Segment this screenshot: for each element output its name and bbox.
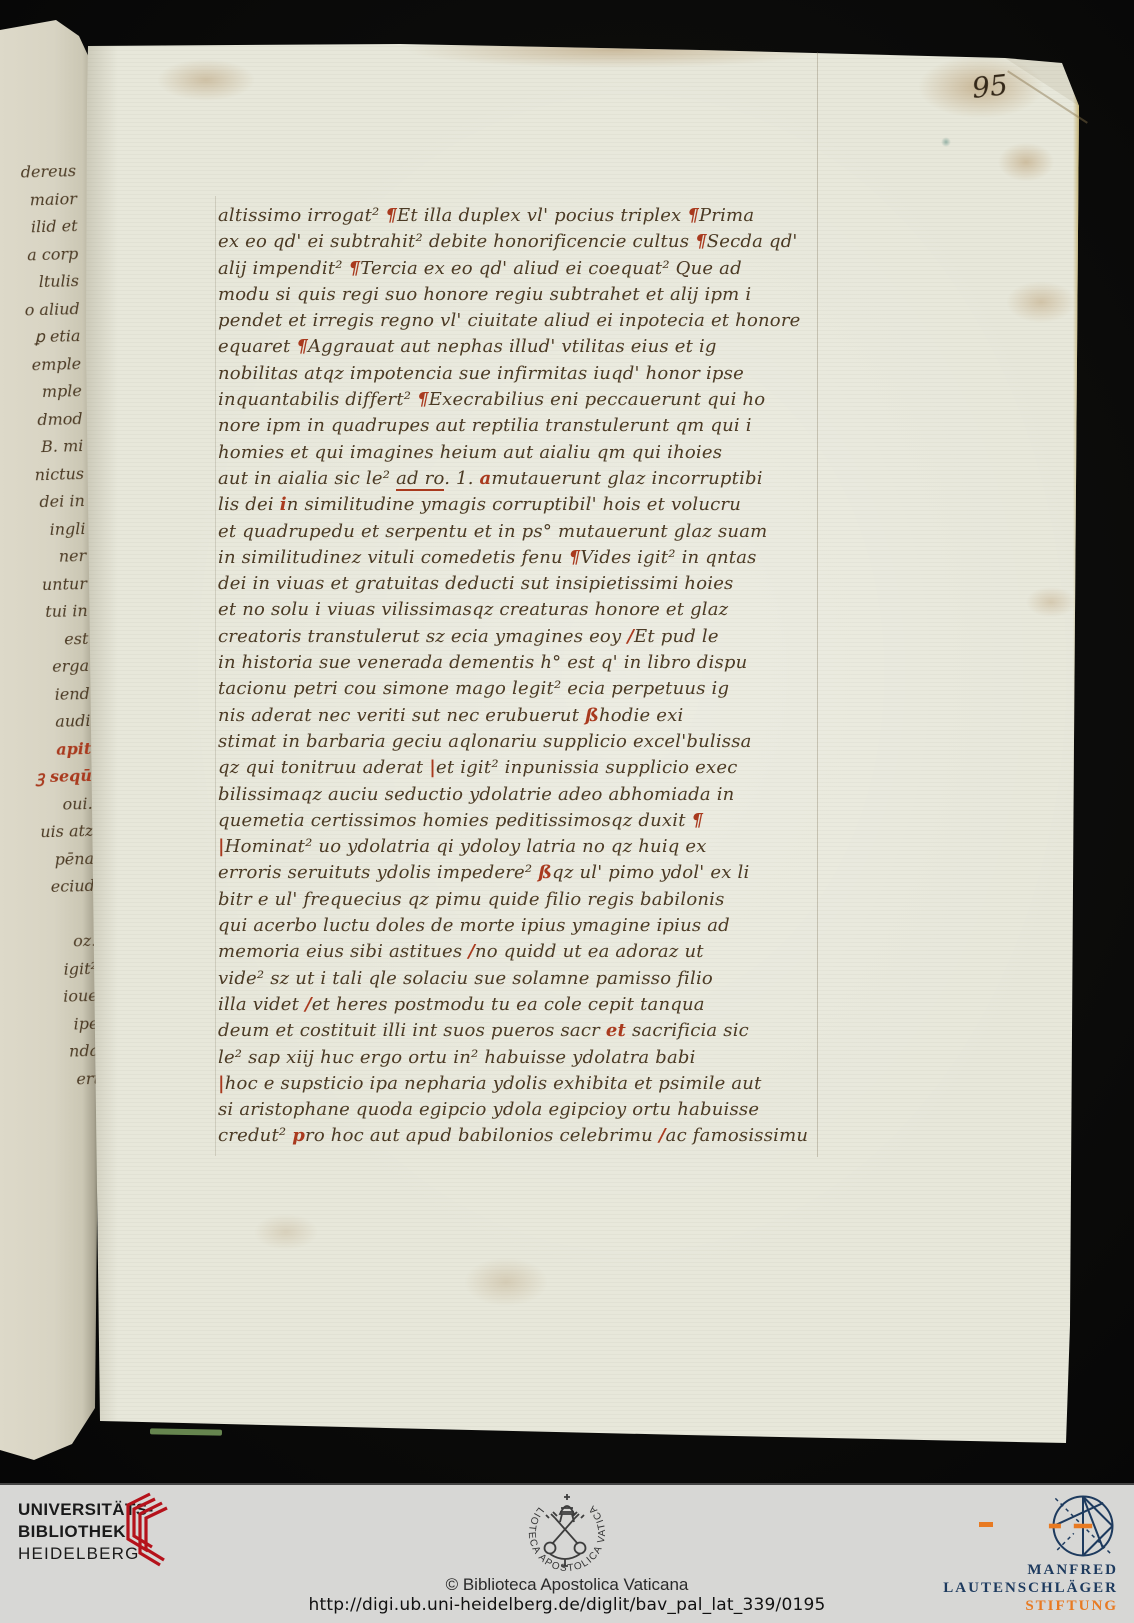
- margin-fragment: a corp: [0, 240, 79, 270]
- svg-text:BIBLIOTECA APOSTOLICA VATICANA: BIBLIOTECA APOSTOLICA VATICANA: [497, 1488, 608, 1574]
- manuscript-line: alij impendit² ¶Tercia ex eo qd' aliud e…: [218, 256, 818, 282]
- margin-fragment: pēna: [6, 844, 95, 874]
- manuscript-line: illa videt /et heres postmodu tu ea cole…: [218, 992, 818, 1018]
- digitized-scan-stage: dereusmaiorilid eta corpltuliso aliudꝑ e…: [0, 0, 1134, 1623]
- margin-fragment: oui.: [4, 789, 93, 819]
- margin-fragment: [7, 899, 96, 929]
- manuscript-line: stimat in barbaria geciu aqlonariu suppl…: [218, 729, 818, 755]
- footer-bar: UNIVERSITÄTS- BIBLIOTHEK HEIDELBERG BIBL…: [0, 1483, 1134, 1623]
- margin-fragment: est: [0, 624, 89, 654]
- margin-fragment: maior: [0, 185, 77, 215]
- lautenschlaeger-globe-icon: [1048, 1491, 1118, 1561]
- foundation-orange-dash: [979, 1522, 993, 1527]
- manuscript-line: altissimo irrogat² ¶Et illa duplex vl' p…: [218, 203, 818, 229]
- margin-fragment: mple: [0, 377, 82, 407]
- margin-fragment: ioue: [9, 982, 98, 1012]
- margin-fragment: ilid et: [0, 212, 78, 242]
- ub-heidelberg-books-icon: [112, 1491, 170, 1569]
- manuscript-line: qz qui tonitruu aderat |et igit² inpunis…: [218, 755, 818, 781]
- margin-fragment: tui in: [0, 597, 88, 627]
- manuscript-line: vide² sz ut i tali qle solaciu sue solam…: [218, 966, 818, 992]
- manuscript-line: creatoris transtulerut sz ecia ymagines …: [218, 624, 818, 650]
- margin-fragment: ꝫ seqū: [4, 762, 93, 792]
- manuscript-line: in similitudinez vituli comedetis fenu ¶…: [218, 545, 818, 571]
- manuscript-line: memoria eius sibi astitues /no quidd ut …: [218, 939, 818, 965]
- margin-fragment: audi: [2, 707, 91, 737]
- manuscript-line: le² sap xiij huc ergo ortu in² habuisse …: [218, 1045, 818, 1071]
- manuscript-line: nore ipm in quadrupes aut reptilia trans…: [218, 413, 818, 439]
- margin-fragment: untur: [0, 569, 87, 599]
- margin-fragment: ner: [0, 542, 87, 572]
- manuscript-line: lis dei in similitudine ymagis corruptib…: [218, 492, 818, 518]
- manuscript-line: nobilitas atqz impotencia sue infirmitas…: [218, 361, 818, 387]
- margin-fragment: dereus: [0, 157, 76, 187]
- manuscript-line: in historia sue venerada dementis h° est…: [218, 650, 818, 676]
- foundation-line2: LAUTENSCHLÄGER: [943, 1579, 1118, 1597]
- margin-fragment: igit²: [9, 954, 98, 984]
- margin-fragment: ipe: [10, 1009, 99, 1039]
- margin-fragment: uis atz: [5, 817, 94, 847]
- foundation-line3: STIFTUNG: [943, 1597, 1118, 1615]
- margin-fragment: emple: [0, 350, 82, 380]
- manuscript-line: |hoc e supsticio ipa nepharia ydolis exh…: [218, 1071, 818, 1097]
- manuscript-line: dei in viuas et gratuitas deducti sut in…: [218, 571, 818, 597]
- manuscript-line: quemetia certissimos homies peditissimos…: [218, 808, 818, 834]
- lautenschlaeger-wordmark: MANFRED LAUTENSCHLÄGER STIFTUNG: [943, 1561, 1118, 1615]
- margin-fragment: nictus: [0, 460, 84, 490]
- manuscript-line: erroris seruituts ydolis impedere² ßqz u…: [218, 860, 818, 886]
- manuscript-line: qui acerbo luctu doles de morte ipius ym…: [218, 913, 818, 939]
- margin-fragment: ert: [12, 1064, 101, 1094]
- margin-fragment: apit: [3, 734, 92, 764]
- manuscript-line: aut in aialia sic le² ad ro. 1. amutauer…: [218, 466, 818, 492]
- bookmark-ribbon-sliver: [150, 1428, 222, 1435]
- margin-fragment: nda: [11, 1037, 100, 1067]
- crossed-keys-tiara-emblem: [545, 1494, 586, 1566]
- margin-fragment: ltulis: [0, 267, 79, 297]
- vatican-library-seal: BIBLIOTECA APOSTOLICA VATICANA: [497, 1488, 637, 1578]
- manuscript-line: bitr e ul' frequecius qz pimu quide fili…: [218, 887, 818, 913]
- margin-fragment: dei in: [0, 487, 85, 517]
- margin-fragment: dmod: [0, 405, 83, 435]
- margin-fragment: o aliud: [0, 295, 80, 325]
- ruling-line-left: [215, 196, 216, 1156]
- manuscript-line: ex eo qd' ei subtrahit² debite honorific…: [218, 229, 818, 255]
- manuscript-line: modu si quis regi suo honore regiu subtr…: [218, 282, 818, 308]
- manuscript-line: et quadrupedu et serpentu et in ps° muta…: [218, 519, 818, 545]
- manuscript-line: credut² pro hoc aut apud babilonios cele…: [218, 1123, 818, 1149]
- folio-number: 95: [970, 68, 1009, 105]
- margin-fragment: oz.: [8, 927, 97, 957]
- manuscript-line: bilissimaqz auciu seductio ydolatrie ade…: [218, 782, 818, 808]
- margin-fragment: ꝑ etia: [0, 322, 81, 352]
- manuscript-line: tacionu petri cou simone mago legit² eci…: [218, 676, 818, 702]
- manuscript-line: nis aderat nec veriti sut nec erubuerut …: [218, 703, 818, 729]
- manuscript-line: equaret ¶Aggrauat aut nephas illud' vtil…: [218, 334, 818, 360]
- margin-fragment: B. mi: [0, 432, 84, 462]
- margin-fragment: ingli: [0, 514, 86, 544]
- margin-fragment: eciud: [6, 872, 95, 902]
- manuscript-line: homies et qui imagines heium aut aialiu …: [218, 440, 818, 466]
- manuscript-line: si aristophane quoda egipcio ydola egipc…: [218, 1097, 818, 1123]
- manuscript-text-block: altissimo irrogat² ¶Et illa duplex vl' p…: [218, 203, 818, 1150]
- manuscript-line: deum et costituit illi int suos pueros s…: [218, 1018, 818, 1044]
- margin-fragment: erga: [1, 652, 90, 682]
- manuscript-line: pendet et irregis regno vl' ciuitate ali…: [218, 308, 818, 334]
- manuscript-line: |Hominat² uo ydolatria qi ydoloy latria …: [218, 834, 818, 860]
- manuscript-line: et no solu i viuas vilissimasqz creatura…: [218, 597, 818, 623]
- manuscript-line: inquantabilis differt² ¶Execrabilius eni…: [218, 387, 818, 413]
- foundation-line1: MANFRED: [943, 1561, 1118, 1579]
- margin-fragment: iend: [1, 679, 90, 709]
